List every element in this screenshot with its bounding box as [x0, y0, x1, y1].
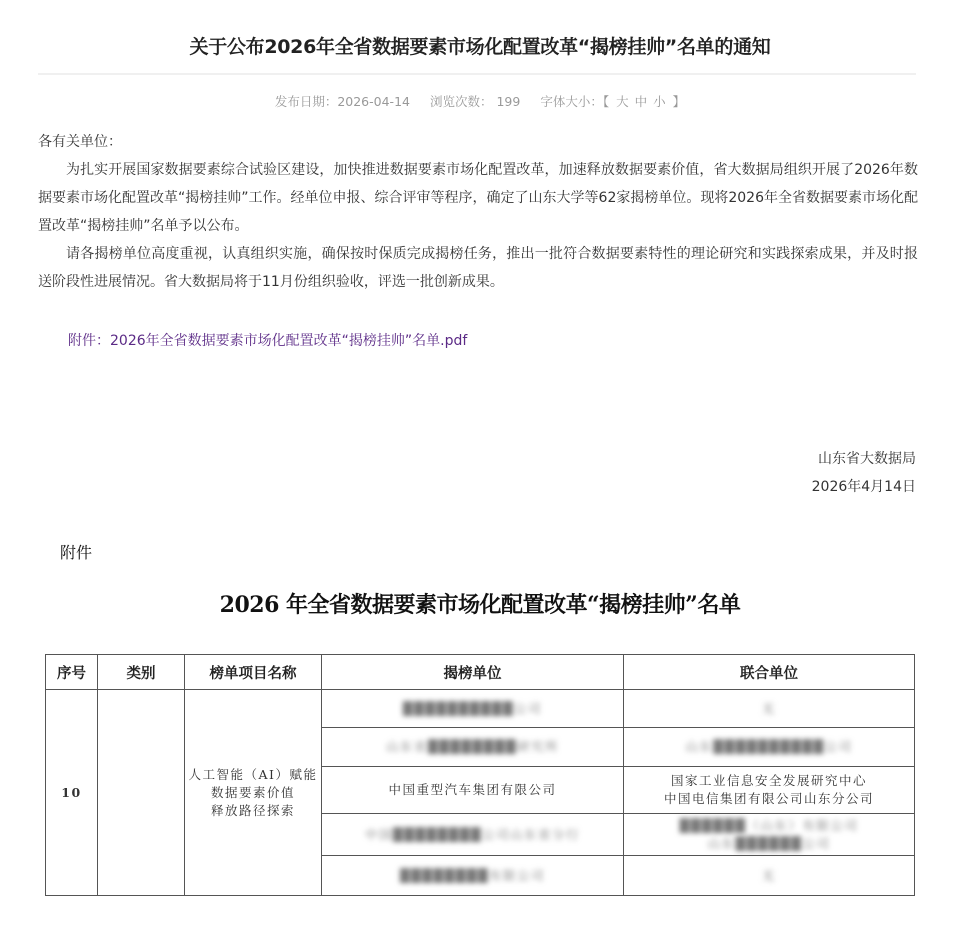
table-header-row: 序号 类别 榜单项目名称 揭榜单位 联合单位	[46, 655, 915, 690]
paragraph-1: 为扎实开展国家数据要素综合试验区建设，加快推进数据要素市场化配置改革，加速释放数…	[38, 156, 918, 240]
header-category: 类别	[98, 655, 185, 690]
article-body: 各有关单位： 为扎实开展国家数据要素综合试验区建设，加快推进数据要素市场化配置改…	[38, 128, 918, 296]
redacted-text: 无	[762, 868, 776, 883]
header-lead-unit: 揭榜单位	[322, 655, 624, 690]
partner-unit-cell: 山东██████████公司	[624, 728, 915, 767]
partner-unit-cell: ██████（山东）有限公司 山东██████公司	[624, 814, 915, 856]
publish-date-label: 发布日期：	[275, 94, 338, 109]
winners-table: 序号 类别 榜单项目名称 揭榜单位 联合单位 10 人工智能（AI）赋能 数据要…	[45, 654, 915, 896]
attachment-label: 附件	[60, 540, 92, 563]
bracket-open: 【	[603, 94, 609, 109]
redacted-text: 山东省████████研究所	[386, 739, 559, 754]
table-row: 10 人工智能（AI）赋能 数据要素价值 释放路径探索 ██████████公司…	[46, 690, 915, 728]
partner-unit-cell: 无	[624, 856, 915, 896]
publish-date: 发布日期：2026-04-14	[275, 94, 410, 109]
font-medium-button[interactable]: 中	[635, 94, 648, 109]
lead-unit-cell: 中国████████公司山东省分行	[322, 814, 624, 856]
partner-unit-line: 中国电信集团有限公司山东分公司	[624, 790, 914, 808]
publish-date-value: 2026-04-14	[337, 94, 410, 109]
partner-unit-cell: 无	[624, 690, 915, 728]
seq-cell: 10	[46, 690, 98, 896]
font-large-button[interactable]: 大	[616, 94, 629, 109]
redacted-text: 山东██████████公司	[685, 739, 852, 754]
signature-block: 山东省大数据局 2026年4月14日	[812, 445, 916, 501]
redacted-text: ██████████公司	[403, 701, 542, 716]
attachment-pdf-link[interactable]: 附件：2026年全省数据要素市场化配置改革“揭榜挂帅”名单.pdf	[68, 330, 467, 350]
header-partner-unit: 联合单位	[624, 655, 915, 690]
lead-unit-cell: ██████████公司	[322, 690, 624, 728]
project-name-cell: 人工智能（AI）赋能 数据要素价值 释放路径探索	[185, 690, 322, 896]
paragraph-2: 请各揭榜单位高度重视，认真组织实施，确保按时保质完成揭榜任务，推出一批符合数据要…	[38, 240, 918, 296]
header-project-name: 榜单项目名称	[185, 655, 322, 690]
header-seq: 序号	[46, 655, 98, 690]
redacted-text: ██████（山东）有限公司	[624, 817, 914, 835]
view-count: 浏览次数：199	[430, 94, 520, 109]
title-divider	[38, 73, 916, 75]
attachment-title: 2026 年全省数据要素市场化配置改革“揭榜挂帅”名单	[0, 588, 960, 619]
partner-unit-line: 国家工业信息安全发展研究中心	[624, 772, 914, 790]
redacted-text: 山东██████公司	[624, 835, 914, 853]
category-cell	[98, 690, 185, 896]
project-name-line: 人工智能（AI）赋能	[185, 766, 321, 784]
redacted-text: ████████有限公司	[400, 868, 545, 883]
font-size-control: 字体大小：【大中小】	[540, 94, 685, 109]
salutation: 各有关单位：	[38, 128, 918, 156]
lead-unit-cell: 山东省████████研究所	[322, 728, 624, 767]
font-small-button[interactable]: 小	[653, 94, 666, 109]
signature-org: 山东省大数据局	[812, 445, 916, 473]
font-size-label: 字体大小：	[540, 94, 603, 109]
partner-unit-cell: 国家工业信息安全发展研究中心 中国电信集团有限公司山东分公司	[624, 767, 915, 814]
project-name-line: 释放路径探索	[185, 802, 321, 820]
redacted-text: 无	[762, 701, 776, 716]
view-count-value: 199	[496, 94, 520, 109]
article-meta: 发布日期：2026-04-14 浏览次数：199 字体大小：【大中小】	[0, 92, 960, 110]
signature-date: 2026年4月14日	[812, 473, 916, 501]
lead-unit-cell: 中国重型汽车集团有限公司	[322, 767, 624, 814]
redacted-text: 中国████████公司山东省分行	[365, 827, 580, 842]
view-count-label: 浏览次数：	[430, 94, 493, 109]
project-name-line: 数据要素价值	[185, 784, 321, 802]
lead-unit-cell: ████████有限公司	[322, 856, 624, 896]
article-title: 关于公布2026年全省数据要素市场化配置改革“揭榜挂帅”名单的通知	[0, 32, 960, 59]
bracket-close: 】	[673, 94, 686, 109]
